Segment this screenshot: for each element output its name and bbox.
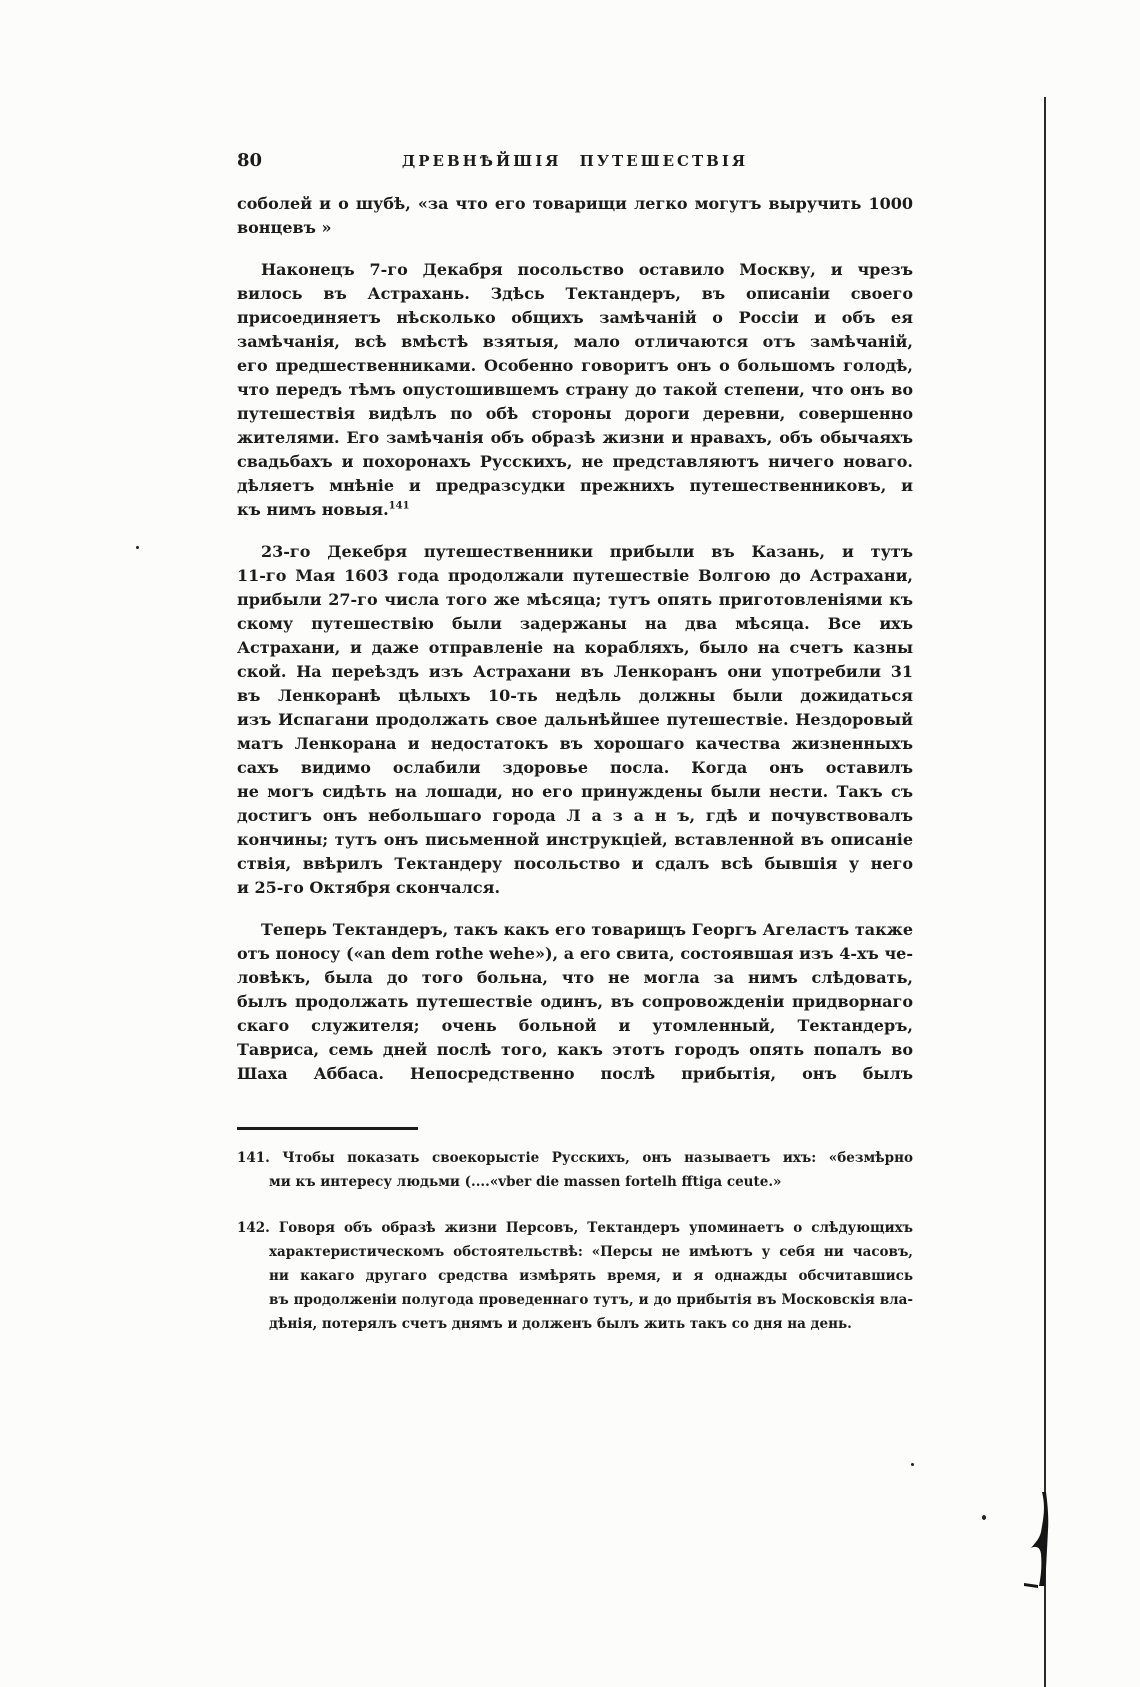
text-line: жителями. Его замѣчанія объ образѣ жизни… xyxy=(237,426,913,450)
footnote-141: 141. Чтобы показать своекорыстіе Русских… xyxy=(237,1146,913,1194)
page-header-title: ДРЕВНѢЙШІЯ ПУТЕШЕСТВІЯ xyxy=(237,152,913,170)
text-line: Наконецъ 7-го Декабря посольство оставил… xyxy=(237,258,913,282)
scan-speck xyxy=(911,1463,914,1466)
text-line: вонцевъ » xyxy=(237,216,913,240)
text-line: Теперь Тектандеръ, такъ какъ его товарищ… xyxy=(237,918,913,942)
text-line: достигъ онъ небольшаго города Л а з а н … xyxy=(237,804,913,828)
paragraph: Теперь Тектандеръ, такъ какъ его товарищ… xyxy=(237,918,913,1086)
text-line: сахъ видимо ослабили здоровье посла. Ког… xyxy=(237,756,913,780)
scan-edge-line xyxy=(1044,97,1046,1687)
paragraph: Наконецъ 7-го Декабря посольство оставил… xyxy=(237,258,913,522)
text-line: Астрахани, и даже отправленіе на корабля… xyxy=(237,636,913,660)
text-line: матъ Ленкорана и недостатокъ въ хорошаго… xyxy=(237,732,913,756)
footnote-line: ни какаго другаго средства измѣрять врем… xyxy=(237,1264,913,1288)
text-line: 23-го Декебря путешественники прибыли въ… xyxy=(237,540,913,564)
footnote-separator-rule xyxy=(237,1127,418,1130)
text-line: прибыли 27-го числа того же мѣсяца; тутъ… xyxy=(237,588,913,612)
text-line: отъ поносу («an dem rothe wehe»), а его … xyxy=(237,942,913,966)
scan-speck xyxy=(136,546,139,549)
footnotes-block: 141. Чтобы показать своекорыстіе Русских… xyxy=(237,1146,913,1336)
scan-speck xyxy=(982,1515,986,1520)
text-line: не могъ сидѣть на лошади, но его принужд… xyxy=(237,780,913,804)
ink-mark xyxy=(1022,1490,1052,1590)
text-line: и 25-го Октября скончался. xyxy=(237,876,913,900)
text-line: кончины; тутъ онъ письменной инструкціей… xyxy=(237,828,913,852)
text-line: ской. На переѣздъ изъ Астрахани въ Ленко… xyxy=(237,660,913,684)
footnote-line: характеристическомъ обстоятельствѣ: «Пер… xyxy=(237,1240,913,1264)
text-line: замѣчанія, всѣ вмѣстѣ взятыя, мало отлич… xyxy=(237,330,913,354)
text-line: Тавриса, семь дней послѣ того, какъ этот… xyxy=(237,1038,913,1062)
text-line: его предшественниками. Особенно говоритъ… xyxy=(237,354,913,378)
footnote-142: 142. Говоря объ образѣ жизни Персовъ, Те… xyxy=(237,1216,913,1336)
text-run: къ нимъ новыя. xyxy=(237,500,389,519)
footnote-line: дѣнія, потерялъ счетъ днямъ и долженъ бы… xyxy=(237,1312,913,1336)
text-line: скому путешествію были задержаны на два … xyxy=(237,612,913,636)
scanned-book-page: 80 ДРЕВНѢЙШІЯ ПУТЕШЕСТВІЯ соболей и о шу… xyxy=(0,0,1140,1687)
paragraph: соболей и о шубѣ, «за что его товарищи л… xyxy=(237,192,913,240)
text-line: въ Ленкоранѣ цѣлыхъ 10-ть недѣль должны … xyxy=(237,684,913,708)
text-line: дѣляетъ мнѣніе и предразсудки прежнихъ п… xyxy=(237,474,913,498)
text-line: 11-го Мая 1603 года продолжали путешеств… xyxy=(237,564,913,588)
footnote-ref: 141 xyxy=(389,501,410,512)
footnote-line: 142. Говоря объ образѣ жизни Персовъ, Те… xyxy=(237,1216,913,1240)
footnote-line: ми къ интересу людьми (....«vber die mas… xyxy=(237,1170,913,1194)
text-line: что передъ тѣмъ опустошившемъ страну до … xyxy=(237,378,913,402)
text-line: къ нимъ новыя.141 xyxy=(237,498,913,522)
page-header: 80 ДРЕВНѢЙШІЯ ПУТЕШЕСТВІЯ xyxy=(237,150,913,176)
text-line: присоединяетъ нѣсколько общихъ замѣчаній… xyxy=(237,306,913,330)
footnote-line: въ продолженіи полугода проведеннаго тут… xyxy=(237,1288,913,1312)
text-line: ствія, ввѣрилъ Тектандеру посольство и с… xyxy=(237,852,913,876)
body-paragraphs: соболей и о шубѣ, «за что его товарищи л… xyxy=(237,192,913,1086)
text-line: скаго служителя; очень больной и утомлен… xyxy=(237,1014,913,1038)
text-line: вилось въ Астрахань. Здѣсь Тектандеръ, в… xyxy=(237,282,913,306)
footnote-line: 141. Чтобы показать своекорыстіе Русских… xyxy=(237,1146,913,1170)
text-line: свадьбахъ и похоронахъ Русскихъ, не пред… xyxy=(237,450,913,474)
text-line: изъ Испагани продолжать свое дальнѣйшее … xyxy=(237,708,913,732)
text-line: Шаха Аббаса. Непосредственно послѣ прибы… xyxy=(237,1062,913,1086)
text-line: ловѣкъ, была до того больна, что не могл… xyxy=(237,966,913,990)
text-line: былъ продолжать путешествіе одинъ, въ со… xyxy=(237,990,913,1014)
paragraph: 23-го Декебря путешественники прибыли въ… xyxy=(237,540,913,900)
text-line: путешествія видѣлъ по обѣ стороны дороги… xyxy=(237,402,913,426)
text-line: соболей и о шубѣ, «за что его товарищи л… xyxy=(237,192,913,216)
